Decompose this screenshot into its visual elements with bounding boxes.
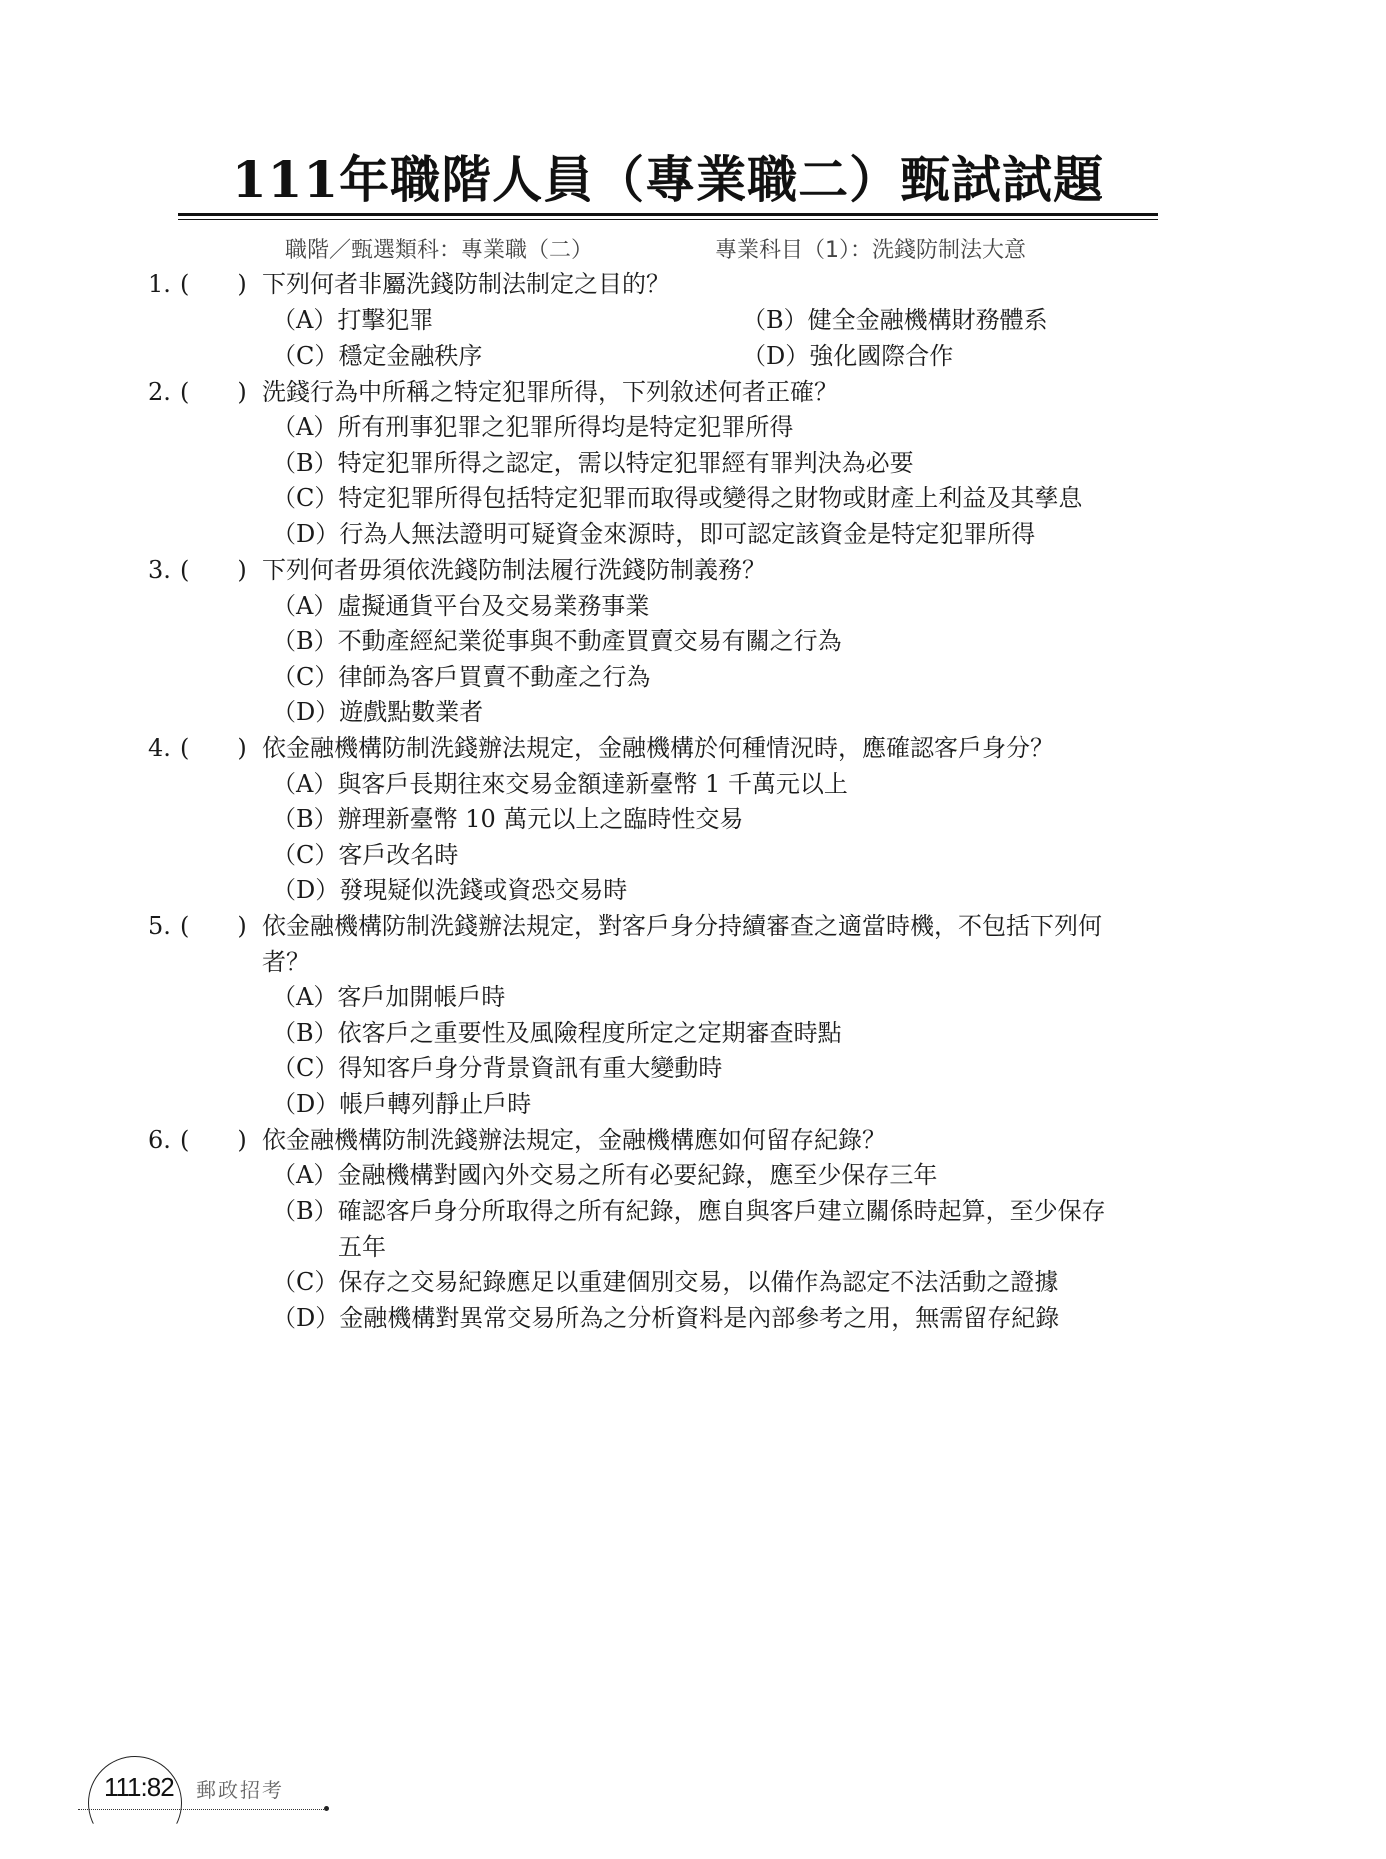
option-c: （C）特定犯罪所得包括特定犯罪而取得或變得之財物或財產上利益及其孳息 [272,482,1082,514]
page-footer: 111:82 郵政招考 [0,1730,1386,1830]
answer-blank: ( ) [180,554,247,586]
option-c: （C）穩定金融秩序 [272,340,482,372]
option-c: （C）客戶改名時 [272,839,458,871]
option-d: （D）行為人無法證明可疑資金來源時，即可認定該資金是特定犯罪所得 [272,518,1035,550]
option-b: （B）不動產經紀業從事與不動產買賣交易有關之行為 [272,625,842,657]
title-rule-thin [178,219,1158,220]
exam-subject: 專業科目（1）：洗錢防制法大意 [715,236,1026,266]
option-a: （A）虛擬通貨平台及交易業務事業 [272,590,649,622]
answer-blank: ( ) [180,268,247,300]
footer-dotted-rule [78,1809,328,1810]
answer-blank: ( ) [180,1124,247,1156]
option-d: （D）遊戲點數業者 [272,696,483,728]
option-d: （D）金融機構對異常交易所為之分析資料是內部參考之用，無需留存紀錄 [272,1302,1059,1334]
question-text-continued: 者？ [262,946,310,978]
question-text: 下列何者非屬洗錢防制法制定之目的？ [262,268,670,300]
option-c: （C）保存之交易紀錄應足以重建個別交易，以備作為認定不法活動之證據 [272,1266,1058,1298]
question-number: 4. [148,732,171,764]
option-c: （C）律師為客戶買賣不動產之行為 [272,661,650,693]
option-a: （A）客戶加開帳戶時 [272,981,505,1013]
question-text: 依金融機構防制洗錢辦法規定，金融機構於何種情況時，應確認客戶身分？ [262,732,1054,764]
option-b: （B）依客戶之重要性及風險程度所定之定期審查時點 [272,1017,842,1049]
option-b: （B）特定犯罪所得之認定，需以特定犯罪經有罪判決為必要 [272,447,914,479]
option-b: （B）辦理新臺幣 10 萬元以上之臨時性交易 [272,803,743,835]
option-d: （D）帳戶轉列靜止戶時 [272,1088,531,1120]
page-title: 111年職階人員（專業職二）甄試試題 [178,150,1158,210]
option-d: （D）強化國際合作 [742,340,953,372]
option-a: （A）與客戶長期往來交易金額達新臺幣 1 千萬元以上 [272,768,848,800]
question-text: 下列何者毋須依洗錢防制法履行洗錢防制義務？ [262,554,766,586]
answer-blank: ( ) [180,732,247,764]
option-a: （A）金融機構對國內外交易之所有必要紀錄，應至少保存三年 [272,1159,937,1191]
exam-category: 職階／甄選類科：專業職（二） [285,236,593,266]
option-a: （A）所有刑事犯罪之犯罪所得均是特定犯罪所得 [272,411,793,443]
question-text: 依金融機構防制洗錢辦法規定，金融機構應如何留存紀錄？ [262,1124,886,1156]
question-number: 2. [148,376,171,408]
question-number: 6. [148,1124,171,1156]
question-number: 1. [148,268,171,300]
publisher-label: 郵政招考 [196,1777,284,1803]
option-a: （A）打擊犯罪 [272,304,433,336]
option-c: （C）得知客戶身分背景資訊有重大變動時 [272,1052,722,1084]
option-b: （B）確認客戶身分所取得之所有紀錄，應自與客戶建立關係時起算，至少保存 [272,1195,1106,1227]
option-b-continued: 五年 [338,1231,386,1263]
option-d: （D）發現疑似洗錢或資恐交易時 [272,874,627,906]
page-number-arc-icon [88,1756,182,1850]
answer-blank: ( ) [180,910,247,942]
title-rule-thick [178,213,1158,216]
question-text: 依金融機構防制洗錢辦法規定，對客戶身分持續審查之適當時機，不包括下列何 [262,910,1102,942]
question-number: 5. [148,910,171,942]
footer-dot-icon [324,1806,329,1811]
page-number: 111:82 [104,1772,174,1802]
question-number: 3. [148,554,171,586]
option-b: （B）健全金融機構財務體系 [742,304,1048,336]
answer-blank: ( ) [180,376,247,408]
question-text: 洗錢行為中所稱之特定犯罪所得，下列敘述何者正確？ [262,376,838,408]
